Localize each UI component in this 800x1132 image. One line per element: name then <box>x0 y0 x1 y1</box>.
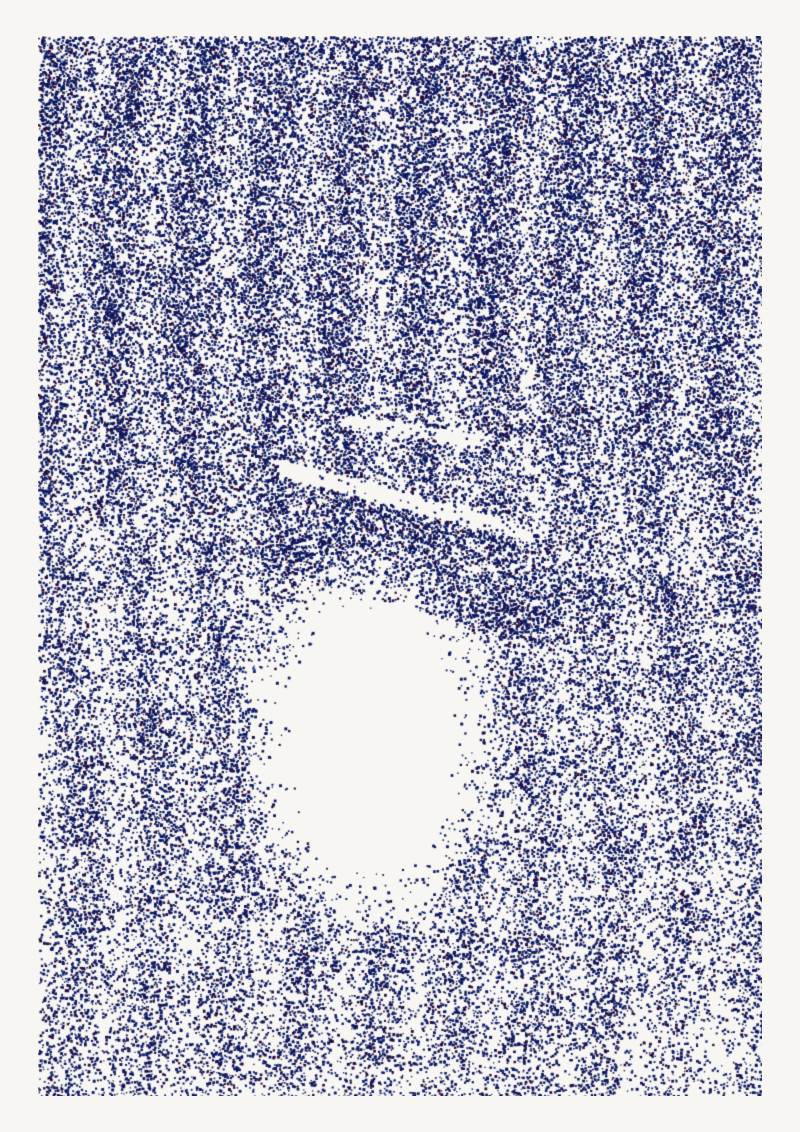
stipple-artwork <box>38 36 762 1096</box>
